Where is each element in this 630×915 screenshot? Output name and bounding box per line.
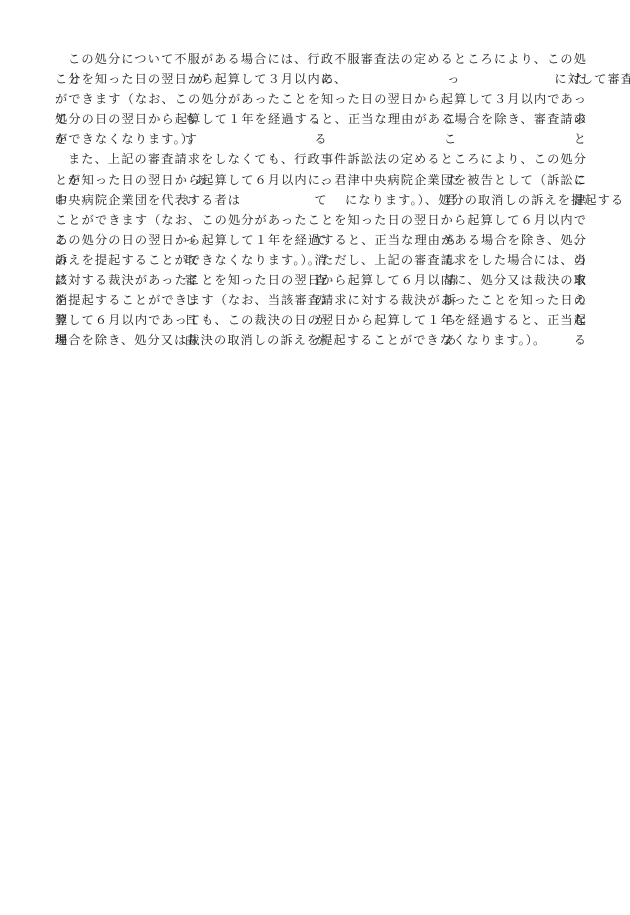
text-segment: に対して審査請求をすること [554, 72, 630, 86]
text-line-with-blank: 中央病院企業団を代表する者はになります。）、処分の取消しの訴えを提起する [55, 190, 587, 210]
text-segment: ことを知った日の翌日から起算して３月以内に、 [55, 72, 347, 86]
text-line: ができます（なお、この処分があったことを知った日の翌日から起算して３月以内であっ… [55, 89, 587, 109]
text-line: に対する裁決があったことを知った日の翌日から起算して６月以内に、処分又は裁決の取… [55, 270, 587, 290]
paragraph-lawsuit: また、上記の審査請求をしなくても、行政事件訴訟法の定めるところにより、この処分が… [55, 149, 587, 350]
text-line: 場合を除き、処分又は裁決の取消しの訴えを提起することができなくなります。）。 [55, 330, 587, 350]
document-page: この処分について不服がある場合には、行政不服審査法の定めるところにより、この処分… [0, 0, 630, 915]
text-line: 処分の日の翌日から起算して１年を経過すると、正当な理由がある場合を除き、審査請求… [55, 109, 587, 129]
text-line: 訴えを提起することができなくなります。）。ただし、上記の審査請求をした場合には、… [55, 250, 587, 270]
text-line: また、上記の審査請求をしなくても、行政事件訴訟法の定めるところにより、この処分が… [55, 149, 587, 169]
text-line: とを知った日の翌日から起算して６月以内に、君津中央病院企業団を被告として（訴訟に… [55, 170, 587, 190]
text-line: この処分の日の翌日から起算して１年を経過すると、正当な理由がある場合を除き、処分… [55, 230, 587, 250]
text-line: ことができます（なお、この処分があったことを知った日の翌日から起算して６月以内で… [55, 210, 587, 230]
text-line-with-blank: ことを知った日の翌日から起算して３月以内に、に対して審査請求をすること [55, 69, 587, 89]
document-body: この処分について不服がある場合には、行政不服審査法の定めるところにより、この処分… [55, 49, 587, 350]
text-line: を提起することができます（なお、当該審査請求に対する裁決があったことを知った日の… [55, 290, 587, 310]
text-segment: 中央病院企業団を代表する者は [55, 193, 241, 207]
text-segment: になります。）、処分の取消しの訴えを提起する [345, 193, 624, 207]
text-line: この処分について不服がある場合には、行政不服審査法の定めるところにより、この処分… [55, 49, 587, 69]
paragraph-appeal: この処分について不服がある場合には、行政不服審査法の定めるところにより、この処分… [55, 49, 587, 149]
text-line: 算して６月以内であっても、この裁決の日の翌日から起算して１年を経過すると、正当な… [55, 310, 587, 330]
